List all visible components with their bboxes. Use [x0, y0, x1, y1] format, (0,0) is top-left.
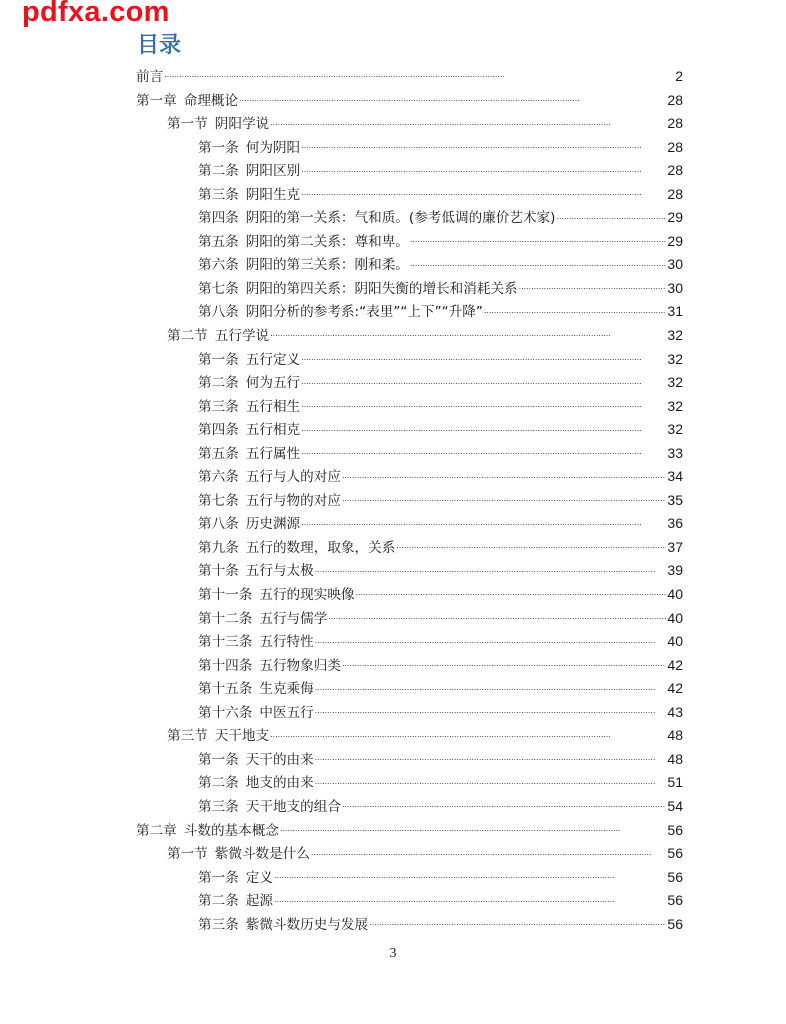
- toc-entry[interactable]: 第九条五行的数理，取象，关系37: [136, 536, 683, 560]
- toc-entry[interactable]: 第一条天干的由来48: [136, 748, 683, 772]
- toc-entry-page: 32: [667, 418, 683, 442]
- toc-entry-title: 阴阳的第一关系：气和质。(参考低调的廉价艺术家): [246, 207, 556, 231]
- toc-entry-title: 天干的由来: [246, 749, 314, 773]
- toc-entry-number: 第十二条: [198, 608, 252, 632]
- dot-leader: [328, 609, 666, 623]
- toc-entry-title: 前言: [136, 66, 163, 90]
- toc-entry[interactable]: 第六条阴阳的第三关系：刚和柔。30: [136, 253, 683, 277]
- toc-entry-page: 37: [667, 536, 683, 560]
- toc-entry-page: 35: [667, 489, 683, 513]
- toc-entry-title: 五行相生: [246, 396, 300, 420]
- toc-entry-title: 五行学说: [215, 325, 269, 349]
- toc-entry-page: 28: [667, 159, 683, 183]
- toc-entry-number: 第三条: [198, 914, 239, 938]
- toc-entry-page: 30: [667, 277, 683, 301]
- dot-leader: [274, 891, 666, 905]
- toc-entry-number: 第五条: [198, 231, 239, 255]
- toc-entry-page: 2: [675, 65, 683, 89]
- toc-entry-number: 第四条: [198, 419, 239, 443]
- toc-entry[interactable]: 第二条起源56: [136, 889, 683, 913]
- toc-entry-title: 五行属性: [246, 443, 300, 467]
- toc-entry-page: 31: [667, 300, 683, 324]
- toc-entry-number: 第十六条: [198, 702, 252, 726]
- dot-leader: [410, 232, 667, 246]
- dot-leader: [270, 726, 666, 740]
- toc-entry[interactable]: 第八条历史渊源36: [136, 512, 683, 536]
- toc-entry-page: 28: [667, 112, 683, 136]
- toc-entry-number: 第一节: [167, 843, 208, 867]
- toc-entry-number: 第八条: [198, 513, 239, 537]
- dot-leader: [301, 444, 666, 458]
- toc-entry-number: 第十条: [198, 560, 239, 584]
- toc-entry-number: 第七条: [198, 278, 239, 302]
- toc-entry-number: 第九条: [198, 537, 239, 561]
- watermark-logo: pdfxa.com: [22, 0, 170, 29]
- toc-entry[interactable]: 第十五条生克乘侮42: [136, 677, 683, 701]
- toc-entry-number: 第八条: [198, 301, 239, 325]
- toc-entry-title: 紫微斗数历史与发展: [246, 914, 368, 938]
- toc-entry-title: 五行物象归类: [259, 655, 341, 679]
- toc-entry-page: 56: [667, 889, 683, 913]
- toc-entry-title: 天干地支: [215, 725, 269, 749]
- toc-entry-number: 第二条: [198, 372, 239, 396]
- toc-entry-title: 地支的由来: [246, 772, 314, 796]
- toc-entry[interactable]: 第二节五行学说32: [136, 324, 683, 348]
- toc-entry[interactable]: 第三条紫微斗数历史与发展56: [136, 913, 683, 937]
- toc-entry-page: 40: [667, 607, 683, 631]
- dot-leader: [396, 538, 666, 552]
- toc-entry-number: 第三条: [198, 396, 239, 420]
- toc-entry-number: 第二条: [198, 890, 239, 914]
- toc-entry-page: 32: [667, 371, 683, 395]
- dot-leader: [301, 420, 666, 434]
- toc-entry-title: 何为阴阳: [246, 137, 300, 161]
- toc-entry-number: 第十五条: [198, 678, 252, 702]
- toc-entry-number: 第二条: [198, 772, 239, 796]
- toc-entry-page: 32: [667, 348, 683, 372]
- toc-entry[interactable]: 第五条阴阳的第二关系：尊和卑。29: [136, 230, 683, 254]
- dot-leader: [342, 797, 666, 811]
- toc-entry[interactable]: 第一章命理概论28: [136, 89, 683, 113]
- toc-entry-title: 阴阳区别: [246, 160, 300, 184]
- page-number: 3: [0, 946, 786, 962]
- toc-entry-page: 56: [667, 842, 683, 866]
- toc-entry-title: 五行的现实映像: [259, 584, 354, 608]
- toc-entry-title: 命理概论: [184, 90, 238, 114]
- toc-entry-number: 第一条: [198, 867, 239, 891]
- toc-entry-title: 五行与人的对应: [246, 466, 341, 490]
- toc-entry-number: 第十三条: [198, 631, 252, 655]
- toc-entry[interactable]: 第二条阴阳区别28: [136, 159, 683, 183]
- toc-entry[interactable]: 第一节阴阳学说28: [136, 112, 683, 136]
- toc-entry-number: 第七条: [198, 490, 239, 514]
- toc-entry-number: 第一节: [167, 113, 208, 137]
- toc-entry-page: 40: [667, 583, 683, 607]
- dot-leader: [301, 373, 666, 387]
- toc-entry-number: 第三条: [198, 184, 239, 208]
- toc-entry-page: 29: [667, 230, 683, 254]
- dot-leader: [270, 326, 666, 340]
- toc-entry[interactable]: 第四条五行相克32: [136, 418, 683, 442]
- dot-leader: [519, 279, 667, 293]
- dot-leader: [342, 467, 666, 481]
- table-of-contents: 前言2第一章命理概论28第一节阴阳学说28第一条何为阴阳28第二条阴阳区别28第…: [136, 65, 683, 936]
- toc-entry-page: 51: [667, 771, 683, 795]
- dot-leader: [239, 91, 666, 105]
- toc-entry[interactable]: 第四条阴阳的第一关系：气和质。(参考低调的廉价艺术家) 29: [136, 206, 683, 230]
- dot-leader: [301, 161, 666, 175]
- toc-entry-title: 中医五行: [259, 702, 313, 726]
- toc-entry[interactable]: 第一条五行定义32: [136, 348, 683, 372]
- toc-entry[interactable]: 第二条何为五行32: [136, 371, 683, 395]
- toc-entry[interactable]: 第十六条中医五行43: [136, 701, 683, 725]
- dot-leader: [301, 185, 666, 199]
- dot-leader: [556, 208, 666, 222]
- toc-entry[interactable]: 第五条五行属性33: [136, 442, 683, 466]
- dot-leader: [315, 750, 667, 764]
- toc-entry-title: 五行与儒学: [259, 608, 327, 632]
- toc-entry[interactable]: 第十条五行与太极39: [136, 559, 683, 583]
- toc-entry[interactable]: 第二章斗数的基本概念56: [136, 819, 683, 843]
- toc-entry-title: 五行的数理，取象，关系: [246, 537, 396, 561]
- toc-entry-number: 第十四条: [198, 655, 252, 679]
- toc-entry-page: 48: [667, 748, 683, 772]
- toc-entry-page: 36: [667, 512, 683, 536]
- toc-entry[interactable]: 前言2: [136, 65, 683, 89]
- toc-entry[interactable]: 第二条地支的由来51: [136, 771, 683, 795]
- toc-entry-number: 第一章: [136, 90, 177, 114]
- dot-leader: [356, 585, 667, 599]
- toc-entry[interactable]: 第十一条五行的现实映像40: [136, 583, 683, 607]
- toc-entry-number: 第十一条: [198, 584, 252, 608]
- dot-leader: [164, 67, 674, 81]
- dot-leader: [315, 679, 667, 693]
- toc-entry-title: 紫微斗数是什么: [215, 843, 310, 867]
- toc-entry-title: 历史渊源: [246, 513, 300, 537]
- toc-entry-title: 五行特性: [259, 631, 313, 655]
- toc-entry-title: 斗数的基本概念: [184, 820, 279, 844]
- toc-entry[interactable]: 第八条阴阳分析的参考系:“表里”“上下”“升降”31: [136, 300, 683, 324]
- toc-entry-page: 32: [667, 324, 683, 348]
- toc-entry[interactable]: 第三条五行相生32: [136, 395, 683, 419]
- toc-entry-number: 第二条: [198, 160, 239, 184]
- toc-entry-page: 28: [667, 89, 683, 113]
- toc-entry-title: 五行相克: [246, 419, 300, 443]
- toc-entry-number: 第二节: [167, 325, 208, 349]
- toc-entry-number: 第一条: [198, 137, 239, 161]
- toc-entry-number: 第三条: [198, 796, 239, 820]
- toc-entry-title: 定义: [246, 867, 273, 891]
- toc-entry-page: 42: [667, 654, 683, 678]
- toc-entry[interactable]: 第一条何为阴阳28: [136, 136, 683, 160]
- toc-title: 目录: [137, 28, 181, 59]
- dot-leader: [280, 821, 666, 835]
- dot-leader: [270, 114, 666, 128]
- toc-entry-page: 56: [667, 913, 683, 937]
- toc-entry-number: 第六条: [198, 254, 239, 278]
- toc-entry-page: 40: [667, 630, 683, 654]
- toc-entry-page: 29: [667, 206, 683, 230]
- toc-entry-page: 56: [667, 819, 683, 843]
- toc-entry[interactable]: 第三条天干地支的组合54: [136, 795, 683, 819]
- dot-leader: [315, 703, 667, 717]
- toc-entry-title: 天干地支的组合: [246, 796, 341, 820]
- toc-entry[interactable]: 第三条阴阳生克28: [136, 183, 683, 207]
- toc-entry-page: 32: [667, 395, 683, 419]
- dot-leader: [315, 632, 667, 646]
- toc-entry-page: 56: [667, 866, 683, 890]
- toc-entry-page: 54: [667, 795, 683, 819]
- toc-entry-number: 第五条: [198, 443, 239, 467]
- dot-leader: [274, 868, 666, 882]
- toc-entry-title: 阴阳的第三关系：刚和柔。: [246, 254, 409, 278]
- dot-leader: [369, 915, 666, 929]
- toc-entry[interactable]: 第一条定义56: [136, 866, 683, 890]
- toc-entry-title: 起源: [246, 890, 273, 914]
- toc-entry-page: 34: [667, 465, 683, 489]
- toc-entry-page: 43: [667, 701, 683, 725]
- dot-leader: [342, 656, 666, 670]
- toc-entry-number: 第一条: [198, 349, 239, 373]
- toc-entry-title: 阴阳分析的参考系:“表里”“上下”“升降”: [246, 301, 483, 325]
- dot-leader: [484, 302, 666, 316]
- toc-entry-page: 42: [667, 677, 683, 701]
- toc-entry-page: 30: [667, 253, 683, 277]
- toc-entry-title: 何为五行: [246, 372, 300, 396]
- toc-entry-title: 阴阳学说: [215, 113, 269, 137]
- dot-leader: [301, 350, 666, 364]
- toc-entry-number: 第二章: [136, 820, 177, 844]
- dot-leader: [301, 514, 666, 528]
- toc-entry-page: 28: [667, 136, 683, 160]
- toc-entry-number: 第一条: [198, 749, 239, 773]
- dot-leader: [315, 773, 667, 787]
- toc-entry[interactable]: 第六条五行与人的对应34: [136, 465, 683, 489]
- toc-entry-title: 阴阳的第二关系：尊和卑。: [246, 231, 409, 255]
- toc-entry-title: 阴阳的第四关系：阴阳失衡的增长和消耗关系: [246, 278, 518, 302]
- toc-entry-title: 五行定义: [246, 349, 300, 373]
- toc-entry-number: 第六条: [198, 466, 239, 490]
- dot-leader: [315, 561, 667, 575]
- dot-leader: [311, 844, 666, 858]
- dot-leader: [301, 397, 666, 411]
- toc-entry-page: 33: [667, 442, 683, 466]
- toc-entry[interactable]: 第三节天干地支48: [136, 724, 683, 748]
- toc-entry-page: 48: [667, 724, 683, 748]
- toc-entry-page: 39: [667, 559, 683, 583]
- toc-entry[interactable]: 第七条五行与物的对应35: [136, 489, 683, 513]
- dot-leader: [342, 491, 666, 505]
- toc-entry-number: 第三节: [167, 725, 208, 749]
- toc-entry-number: 第四条: [198, 207, 239, 231]
- toc-entry-title: 五行与物的对应: [246, 490, 341, 514]
- toc-entry-title: 生克乘侮: [259, 678, 313, 702]
- toc-entry-title: 五行与太极: [246, 560, 314, 584]
- toc-entry-page: 28: [667, 183, 683, 207]
- toc-entry[interactable]: 第十二条五行与儒学40: [136, 607, 683, 631]
- toc-entry[interactable]: 第一节紫微斗数是什么56: [136, 842, 683, 866]
- toc-entry[interactable]: 第七条阴阳的第四关系：阴阳失衡的增长和消耗关系30: [136, 277, 683, 301]
- toc-entry-title: 阴阳生克: [246, 184, 300, 208]
- toc-entry[interactable]: 第十四条五行物象归类42: [136, 654, 683, 678]
- dot-leader: [410, 255, 667, 269]
- dot-leader: [301, 138, 666, 152]
- toc-entry[interactable]: 第十三条五行特性40: [136, 630, 683, 654]
